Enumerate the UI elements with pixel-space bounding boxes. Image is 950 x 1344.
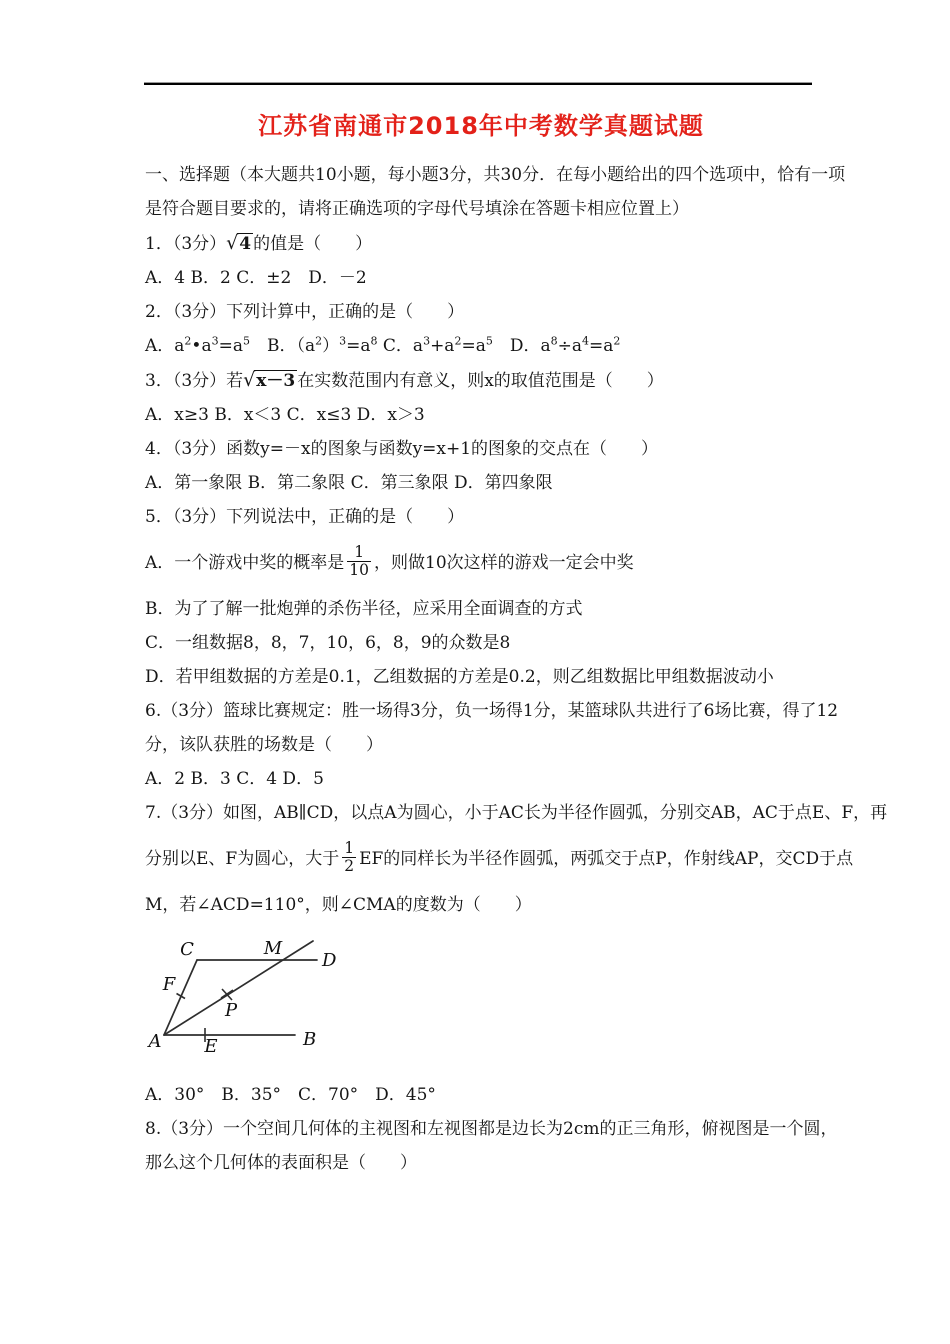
text-run: 7.（3分）如图，AB∥CD，以点A为圆心，小于AC长为半径作圆弧，分别交AB，… [145,803,887,823]
q5-option-c: C．一组数据8，8，7，10，6，8，9的众数是8 [145,626,817,660]
text-run: ÷a [558,336,582,356]
text-run: 1．（3分） [145,234,226,254]
text-run: 2．（3分）下列计算中，正确的是（ ） [145,302,464,322]
text-run: 4．（3分）函数y=－x的图象与函数y=x+1的图象的交点在（ ） [145,439,658,459]
text-run: A．30° B．35° C．70° D．45° [145,1085,436,1105]
text-run: =a [461,336,485,356]
text-run: 8.（3分）一个空间几何体的主视图和左视图都是边长为2cm的正三角形，俯视图是一… [145,1119,838,1139]
text-run: 那么这个几何体的表面积是（ ） [145,1153,417,1173]
label-M: M [263,938,283,959]
text-run: 的值是（ ） [253,234,372,254]
label-B: B [302,1029,316,1050]
text-run: A．x≥3 B．x＜3 C．x≤3 D．x＞3 [145,405,425,425]
q8-stem-2: 那么这个几何体的表面积是（ ） [145,1146,817,1180]
q6-stem-2: 分，该队获胜的场数是（ ） [145,728,817,762]
fraction-denominator: 10 [347,561,371,579]
text-run: M，若∠ACD=110°，则∠CMA的度数为（ ） [145,895,532,915]
text-run: B．（a [250,336,315,356]
q5-option-a: A．一个游戏中奖的概率是110，则做10次这样的游戏一定会中奖 [145,534,817,592]
q5-stem: 5．（3分）下列说法中，正确的是（ ） [145,500,817,534]
text-run: ，则做10次这样的游戏一定会中奖 [374,546,634,580]
text-run: =a [219,336,243,356]
superscript: 4 [582,334,589,347]
radicand: 4 [237,233,253,254]
q1-options: A．4 B．2 C．±2 D．－2 [145,261,817,295]
text-run: EF的同样长为半径作圆弧，两弧交于点P，作射线AP，交CD于点 [359,842,853,876]
text-run: 是符合题目要求的，请将正确选项的字母代号填涂在答题卡相应位置上） [145,199,689,219]
page-content: 江苏省南通市2018年中考数学真题试题 一、选择题（本大题共10小题，每小题3分… [145,108,817,1180]
fraction-numerator: 1 [347,544,371,561]
text-run: A．4 B．2 C．±2 D．－2 [145,268,367,288]
top-rule [144,82,812,85]
document-body-top: 一、选择题（本大题共10小题，每小题3分，共30分．在每小题给出的四个选项中，恰… [145,158,817,922]
text-run: A．2 B．3 C．4 D．5 [145,769,324,789]
q6-stem-1: 6.（3分）篮球比赛规定：胜一场得3分，负一场得1分，某篮球队共进行了6场比赛，… [145,694,817,728]
text-run: A．一个游戏中奖的概率是 [145,546,344,580]
q4-stem: 4．（3分）函数y=－x的图象与函数y=x+1的图象的交点在（ ） [145,432,817,466]
q7-stem-1: 7.（3分）如图，AB∥CD，以点A为圆心，小于AC长为半径作圆弧，分别交AB，… [145,796,817,830]
text-run: D．若甲组数据的方差是0.1，乙组数据的方差是0.2，则乙组数据比甲组数据波动小 [145,667,774,687]
superscript: 5 [243,334,250,347]
geometry-figure-svg: A B C D E F M P [145,928,375,1078]
text-run: 5．（3分）下列说法中，正确的是（ ） [145,507,464,527]
text-run: B．为了了解一批炮弹的杀伤半径，应采用全面调查的方式 [145,599,583,619]
q7-stem-3: M，若∠ACD=110°，则∠CMA的度数为（ ） [145,888,817,922]
q1-stem: 1．（3分）√4的值是（ ） [145,226,817,261]
q7-stem-2: 分别以E、F为圆心，大于12EF的同样长为半径作圆弧，两弧交于点P，作射线AP，… [145,830,817,888]
q5-option-b: B．为了了解一批炮弹的杀伤半径，应采用全面调查的方式 [145,592,817,626]
text-run: =a [346,336,370,356]
label-A: A [147,1031,162,1052]
superscript: 8 [371,334,378,347]
text-run: C．一组数据8，8，7，10，6，8，9的众数是8 [145,633,510,653]
q5-option-d: D．若甲组数据的方差是0.1，乙组数据的方差是0.2，则乙组数据比甲组数据波动小 [145,660,817,694]
q4-options: A．第一象限 B．第二象限 C．第三象限 D．第四象限 [145,466,817,500]
text-run: 一、选择题（本大题共10小题，每小题3分，共30分．在每小题给出的四个选项中，恰… [145,165,845,185]
text-run: 分，该队获胜的场数是（ ） [145,735,383,755]
label-C: C [180,939,194,960]
page-title: 江苏省南通市2018年中考数学真题试题 [145,108,817,144]
q7-figure: A B C D E F M P [145,928,817,1078]
text-run: C．a [378,336,424,356]
text-run: =a [589,336,613,356]
q6-options: A．2 B．3 C．4 D．5 [145,762,817,796]
text-run: D．a [493,336,551,356]
fraction-numerator: 1 [342,840,356,857]
text-run: 分别以E、F为圆心，大于 [145,842,339,876]
label-D: D [321,950,337,971]
q2-options: A．a2•a3=a5 B．（a2）3=a8 C．a3+a2=a5 D．a8÷a4… [145,329,817,363]
label-F: F [162,974,177,995]
q3-options: A．x≥3 B．x＜3 C．x≤3 D．x＞3 [145,398,817,432]
text-run: 3．（3分）若 [145,371,243,391]
radical: √x－3 [243,371,297,391]
q2-stem: 2．（3分）下列计算中，正确的是（ ） [145,295,817,329]
superscript: 3 [212,334,219,347]
superscript: 8 [551,334,558,347]
radical: √4 [226,234,253,254]
superscript: 2 [613,334,620,347]
superscript: 5 [486,334,493,347]
q7-options: A．30° B．35° C．70° D．45° [145,1078,817,1112]
text-run: 6.（3分）篮球比赛规定：胜一场得3分，负一场得1分，某篮球队共进行了6场比赛，… [145,701,838,721]
section-intro-1: 一、选择题（本大题共10小题，每小题3分，共30分．在每小题给出的四个选项中，恰… [145,158,817,192]
text-run: A．a [145,336,184,356]
label-P: P [224,1000,238,1021]
exam-page: 江苏省南通市2018年中考数学真题试题 一、选择题（本大题共10小题，每小题3分… [0,0,950,1344]
document-body-bottom: A．30° B．35° C．70° D．45°8.（3分）一个空间几何体的主视图… [145,1078,817,1180]
superscript: 3 [423,334,430,347]
fraction-denominator: 2 [342,857,356,875]
text-run: 在实数范围内有意义，则x的取值范围是（ ） [297,371,664,391]
label-E: E [203,1036,217,1057]
fraction: 12 [342,840,356,874]
q8-stem-1: 8.（3分）一个空间几何体的主视图和左视图都是边长为2cm的正三角形，俯视图是一… [145,1112,817,1146]
section-intro-2: 是符合题目要求的，请将正确选项的字母代号填涂在答题卡相应位置上） [145,192,817,226]
text-run: •a [191,336,211,356]
q3-stem: 3．（3分）若√x－3在实数范围内有意义，则x的取值范围是（ ） [145,363,817,398]
fraction: 110 [347,544,371,578]
text-run: ） [322,336,339,356]
text-run: A．第一象限 B．第二象限 C．第三象限 D．第四象限 [145,473,553,493]
text-run: +a [430,336,454,356]
radicand: x－3 [254,370,297,391]
